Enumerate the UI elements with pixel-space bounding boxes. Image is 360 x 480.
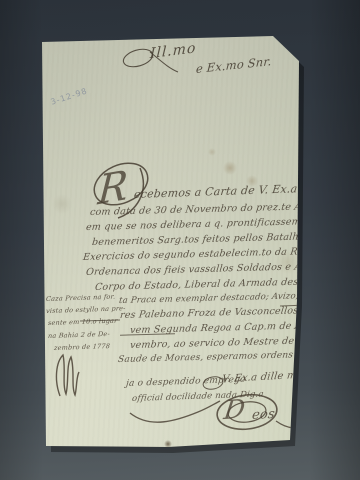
body-line: V. Ex.a dille mandou xyxy=(221,368,329,385)
salutation-line-2: e Ex.mo Snr. xyxy=(196,54,273,76)
margin-note-line: zembro de 1778 xyxy=(54,342,111,352)
body-line: Corpo do Estado, Liberal da Armada des- xyxy=(94,277,302,293)
paraph-mark xyxy=(56,355,79,396)
deos-lead-swash xyxy=(130,401,220,422)
body-line: vembro, ao servico do Mestre de Campo Ma… xyxy=(129,334,360,351)
margin-note-line: Caza Precisa na for. xyxy=(46,293,116,303)
photo-background: 3-12-98 Ill.mo e Ex.mo Snr. R ecebemos a… xyxy=(0,0,360,480)
margin-note-line: vista do estyllo na pre- xyxy=(46,304,126,315)
closing-word-initial: D xyxy=(222,394,247,426)
salutation-line-1: Ill.mo xyxy=(150,40,197,62)
manuscript-paper: 3-12-98 Ill.mo e Ex.mo Snr. R ecebemos a… xyxy=(0,0,360,480)
body-line: benemeritos Sarg.tos feitos pellos Batal… xyxy=(91,230,360,248)
body-line: ecebemos a Carta de V. Ex.a xyxy=(133,182,298,201)
closing-word-rest: eos xyxy=(251,407,276,423)
margin-note-line: sente em 10.o lugar xyxy=(48,317,118,327)
body-line: res Palebano Froza de Vasconcellos Arauj… xyxy=(119,303,360,321)
pencil-date-note: 3-12-98 xyxy=(50,86,89,106)
body-line: ta Praca em exemplar destacado; Avizo, E… xyxy=(118,289,360,306)
margin-note-line: na Bahia 2 de De- xyxy=(48,330,110,340)
body-line: Ordenanca dos fieis vassallos Soldados e… xyxy=(85,261,327,278)
body-line: Exercicios do segundo estabelecim.to da … xyxy=(82,246,313,263)
